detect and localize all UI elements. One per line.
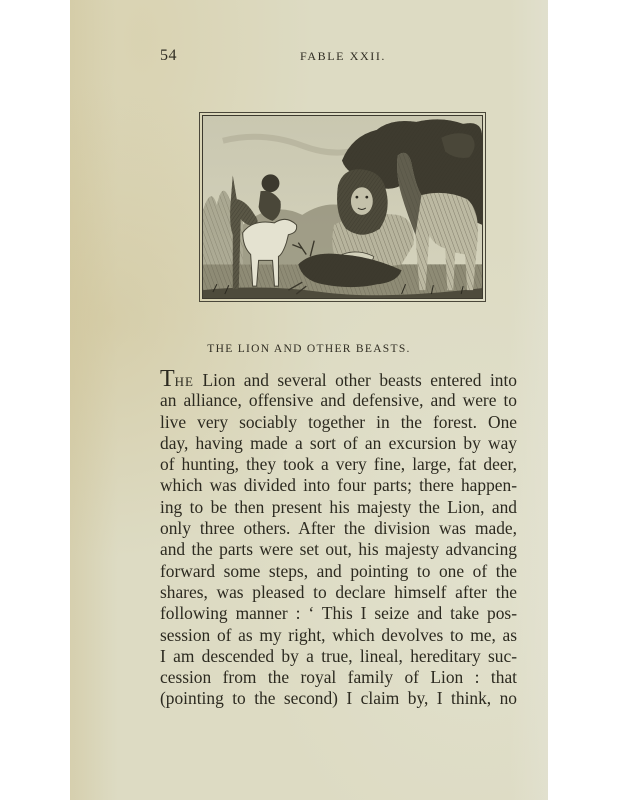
text-line: an alliance, offensive and defensive, an… bbox=[160, 390, 517, 411]
text-line: and the parts were set out, his majesty … bbox=[160, 539, 517, 560]
text-line: I am descended by a true, lineal, heredi… bbox=[160, 646, 517, 667]
text-line: THE Lion and several other beasts entere… bbox=[160, 369, 517, 390]
text-line: ing to be then present his majesty the L… bbox=[160, 497, 517, 518]
text-line: live very sociably together in the fores… bbox=[160, 412, 517, 433]
text-line: (pointing to the second) I claim by, I t… bbox=[160, 688, 517, 709]
text-line: only three others. After the division wa… bbox=[160, 518, 517, 539]
illustration-caption: THE LION AND OTHER BEASTS. bbox=[70, 343, 548, 355]
book-page: 54 FABLE XXII. bbox=[70, 0, 548, 800]
page-number: 54 bbox=[160, 47, 177, 65]
text-line: cession from the royal family of Lion : … bbox=[160, 667, 517, 688]
text-line: session of as my right, which devolves t… bbox=[160, 625, 517, 646]
fable-heading: FABLE XXII. bbox=[300, 49, 386, 64]
engraving-illustration bbox=[202, 115, 483, 299]
text-line: of hunting, they took a very fine, large… bbox=[160, 454, 517, 475]
text-line: day, having made a sort of an excursion … bbox=[160, 433, 517, 454]
fable-body-text: THE Lion and several other beasts entere… bbox=[160, 369, 517, 710]
drop-cap: T bbox=[160, 366, 175, 392]
text-line: following manner : ‘ This I seize and ta… bbox=[160, 603, 517, 624]
engraving-plate bbox=[199, 112, 486, 302]
lion-and-beasts-engraving-icon bbox=[203, 116, 482, 298]
text-line: shares, was pleased to declare himself a… bbox=[160, 582, 517, 603]
small-caps: HE bbox=[175, 374, 194, 389]
text-line: forward some steps, and pointing to one … bbox=[160, 561, 517, 582]
running-head: 54 FABLE XXII. bbox=[160, 47, 516, 67]
text-line: which was divided into four parts; there… bbox=[160, 475, 517, 496]
